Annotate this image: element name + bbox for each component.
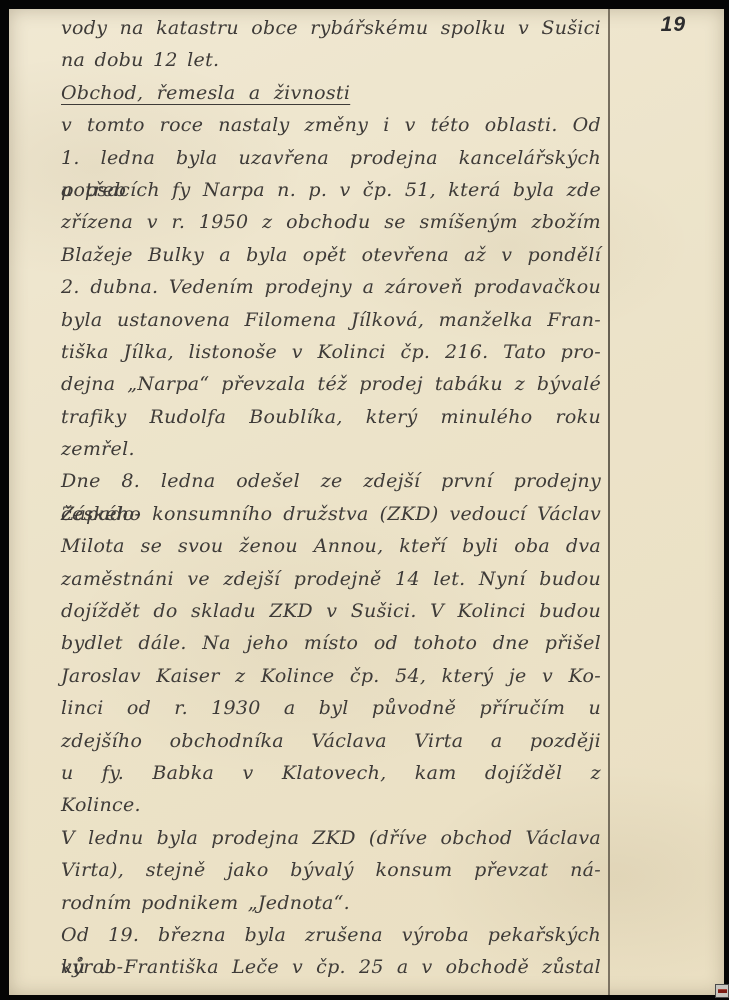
text-line: Blažeje Bulky a byla opět otevřena až v … — [61, 239, 601, 271]
text-line: bydlet dále. Na jeho místo od tohoto dne… — [61, 627, 601, 659]
text-line: 1. ledna byla uzavřena prodejna kancelář… — [61, 142, 601, 174]
section-heading-label: Obchod, řemesla a živnosti — [61, 82, 350, 104]
margin-rule-line — [608, 9, 610, 995]
text-line: zřízena v r. 1950 z obchodu se smíšeným … — [61, 206, 601, 238]
scan-marker-icon — [715, 984, 729, 998]
text-line: zdejšího obchodníka Václava Virta a pozd… — [61, 725, 601, 757]
text-line: V lednu byla prodejna ZKD (dříve obchod … — [61, 822, 601, 854]
text-line: u fy. Babka v Klatovech, kam dojížděl z — [61, 757, 601, 789]
text-line: dojíždět do skladu ZKD v Sušici. V Kolin… — [61, 595, 601, 627]
text-line: zemřel. — [61, 433, 601, 465]
scan-marker-bar — [718, 989, 727, 993]
text-line: na dobu 12 let. — [61, 44, 601, 76]
text-line: tiška Jílka, listonoše v Kolinci čp. 216… — [61, 336, 601, 368]
text-line: trafiky Rudolfa Boublíka, který minulého… — [61, 401, 601, 433]
text-line: Kolince. — [61, 789, 601, 821]
text-line: Jaroslav Kaiser z Kolince čp. 54, který … — [61, 660, 601, 692]
scan-frame: 19 vody na katastru obce rybářskému spol… — [0, 0, 729, 1000]
text-line: dejna „Narpa“ převzala též prodej tabáku… — [61, 368, 601, 400]
document-page: 19 vody na katastru obce rybářskému spol… — [9, 9, 724, 995]
text-line: 2. dubna. Vedením prodejny a zároveň pro… — [61, 271, 601, 303]
text-line: Dne 8. ledna odešel ze zdejší první prod… — [61, 465, 601, 497]
handwritten-text: vody na katastru obce rybářskému spolku … — [61, 12, 601, 984]
text-line: byla ustanovena Filomena Jílková, manžel… — [61, 304, 601, 336]
text-line: zaměstnáni ve zdejší prodejně 14 let. Ny… — [61, 563, 601, 595]
text-line: Virta), stejně jako bývalý konsum převza… — [61, 854, 601, 886]
text-line: v tomto roce nastaly změny i v této obla… — [61, 109, 601, 141]
text-line: vody na katastru obce rybářskému spolku … — [61, 12, 601, 44]
text-line: rodním podnikem „Jednota“. — [61, 887, 601, 919]
section-heading: Obchod, řemesla a živnosti — [61, 77, 601, 109]
text-line: a psacích fy Narpa n. p. v čp. 51, která… — [61, 174, 601, 206]
text-line: Od 19. března byla zrušena výroba pekařs… — [61, 919, 601, 951]
text-line: českého konsumního družstva (ZKD) vedouc… — [61, 498, 601, 530]
page-number: 19 — [661, 13, 686, 37]
text-line: Milota se svou ženou Annou, kteří byli o… — [61, 530, 601, 562]
text-line: linci od r. 1930 a byl původně příručím … — [61, 692, 601, 724]
text-line: ků u Františka Leče v čp. 25 a v obchodě… — [61, 951, 601, 983]
